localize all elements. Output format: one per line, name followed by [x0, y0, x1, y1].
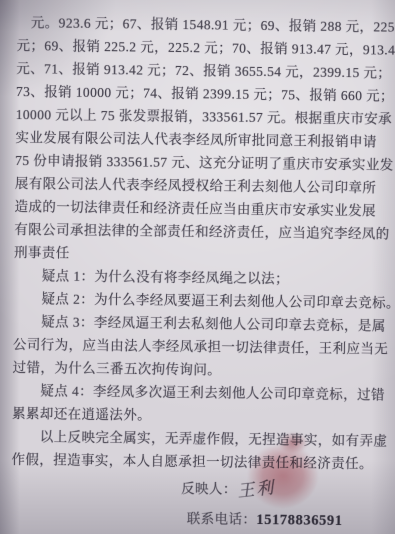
red-fingerprint-smudge [278, 432, 308, 454]
document-body: 元。923.6 元；67、报销 1548.91 元；69、报销 288 元，22… [11, 11, 383, 533]
contact-phone: 15178836591 [256, 512, 343, 529]
contact-line: 联系电话：15178836591 [187, 507, 377, 533]
contact-label: 联系电话： [187, 511, 257, 527]
photographed-document: 元。923.6 元；67、报销 1548.91 元；69、报销 288 元，22… [0, 0, 395, 534]
signature-label: 反映人： [181, 481, 237, 497]
document-line: 作假，捏造事实，本人自愿承担一切法律责任和经济责任。 [11, 448, 377, 475]
